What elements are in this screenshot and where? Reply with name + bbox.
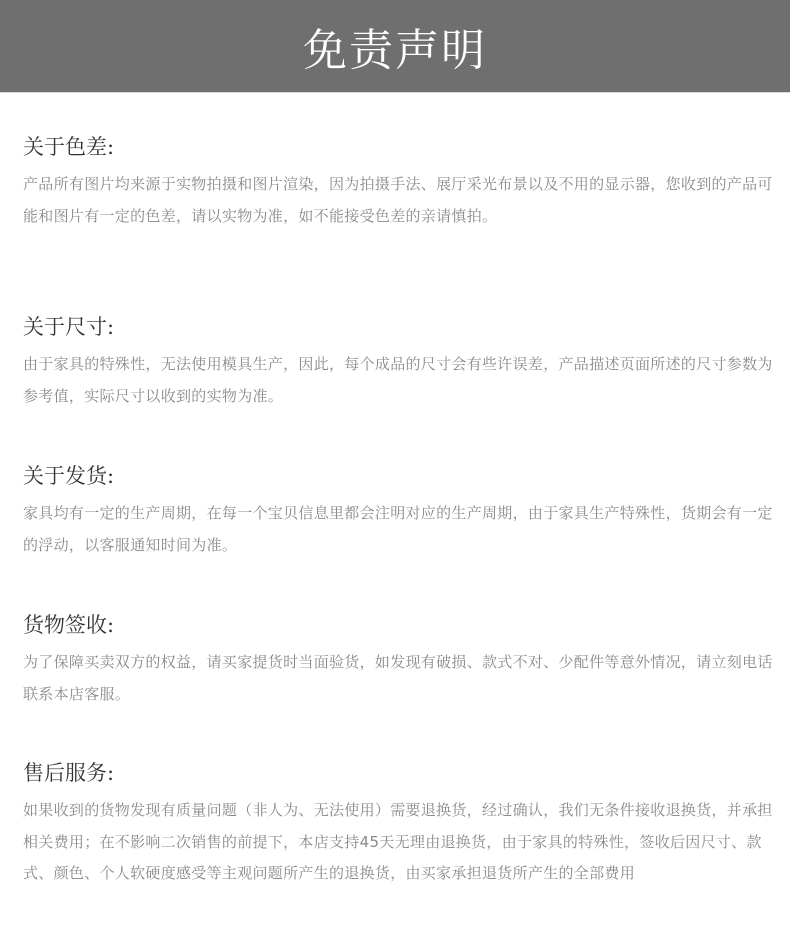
section-heading: 货物签收: [23,611,773,639]
page-title: 免责声明 [303,14,487,78]
section-size: 关于尺寸: 由于家具的特殊性，无法使用模具生产，因此，每个成品的尺寸会有些许误差… [23,313,773,412]
section-heading: 关于发货: [23,462,773,490]
section-color-difference: 关于色差: 产品所有图片均来源于实物拍摄和图片渲染，因为拍摄手法、展厅采光布景以… [23,133,773,232]
section-shipping: 关于发货: 家具均有一定的生产周期，在每一个宝贝信息里都会注明对应的生产周期，由… [23,462,773,561]
section-body: 为了保障买卖双方的权益，请买家提货时当面验货，如发现有破损、款式不对、少配件等意… [23,647,773,710]
section-receipt: 货物签收: 为了保障买卖双方的权益，请买家提货时当面验货，如发现有破损、款式不对… [23,611,773,710]
section-heading: 售后服务: [23,759,773,787]
disclaimer-header: 免责声明 [0,0,790,93]
section-body: 如果收到的货物发现有质量问题（非人为、无法使用）需要退换货，经过确认，我们无条件… [23,795,773,890]
section-heading: 关于色差: [23,133,773,161]
section-heading: 关于尺寸: [23,313,773,341]
section-body: 由于家具的特殊性，无法使用模具生产，因此，每个成品的尺寸会有些许误差，产品描述页… [23,349,773,412]
section-body: 家具均有一定的生产周期，在每一个宝贝信息里都会注明对应的生产周期，由于家具生产特… [23,498,773,561]
section-after-sales: 售后服务: 如果收到的货物发现有质量问题（非人为、无法使用）需要退换货，经过确认… [23,759,773,890]
section-body: 产品所有图片均来源于实物拍摄和图片渲染，因为拍摄手法、展厅采光布景以及不用的显示… [23,169,773,232]
